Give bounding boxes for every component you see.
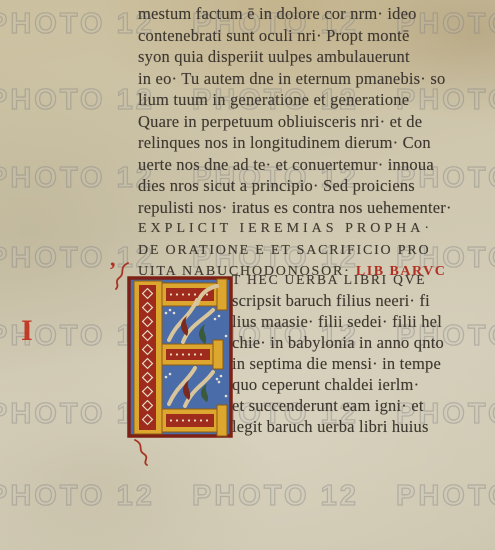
text-line: in eo· Tu autem dne in eternum pmanebis·…	[138, 68, 452, 90]
text-line: chie· in babylonia in anno qnto	[232, 332, 444, 353]
manuscript-photo: PHOTO 12PHOTO 12PHOTO 12PHOTO 12PHOTO 12…	[0, 0, 495, 550]
text-line: contenebrati sunt oculi nri· Propt montē	[138, 25, 452, 47]
watermark: PHOTO 12	[0, 8, 155, 41]
text-line: syon quia disperiit uulpes ambulauerunt	[138, 46, 452, 68]
text-line: legit baruch uerba libri huius	[232, 416, 444, 437]
text-line: relinques nos in longitudinem dierum· Co…	[138, 132, 452, 154]
flourish-top-icon	[112, 261, 132, 291]
text-line: quo ceperunt chaldei ierlm·	[232, 374, 444, 395]
text-line: Quare in perpetuum obliuisceris nri· et …	[138, 111, 452, 133]
text-line: lius maasie· filii sedei· filii hel	[232, 311, 444, 332]
baruch-incipit-line: T HEC UERBA LIBRI QVE	[232, 269, 444, 290]
text-line: in septima die mensi· in tempe	[232, 353, 444, 374]
text-line: scripsit baruch filius neeri· fi	[232, 290, 444, 311]
main-text-block: mestum factum ē in dolore cor nrm· ideo …	[138, 3, 452, 283]
text-line: uerte nos dne ad te· et conuertemur· inn…	[138, 154, 452, 176]
text-line: dies nros sicut a principio· Sed proicie…	[138, 175, 452, 197]
text-line: et succenderunt eam igni· et	[232, 395, 444, 416]
text-line: lium tuum in generatione et generatione	[138, 89, 452, 111]
watermark: PHOTO 12	[0, 162, 155, 195]
flourish-bottom-icon	[130, 438, 156, 466]
watermark: PHOTO 12	[192, 480, 359, 513]
illuminated-initial-E-icon	[127, 276, 233, 440]
baruch-text-block: T HEC UERBA LIBRI QVE scripsit baruch fi…	[232, 269, 444, 437]
text-line: mestum factum ē in dolore cor nrm· ideo	[138, 3, 452, 25]
watermark: PHOTO 12	[0, 84, 155, 117]
margin-chapter-numeral: I	[21, 316, 33, 346]
incipit-line: DE ORATIONE E ET SACRIFICIO PRO	[138, 240, 452, 262]
text-line: repulisti nos· iratus es contra nos uehe…	[138, 197, 452, 219]
watermark: PHOTO 12	[396, 480, 495, 513]
watermark: PHOTO 12	[0, 480, 155, 513]
explicit-line: EXPLICIT IEREMIAS PROPHA·	[138, 218, 452, 240]
